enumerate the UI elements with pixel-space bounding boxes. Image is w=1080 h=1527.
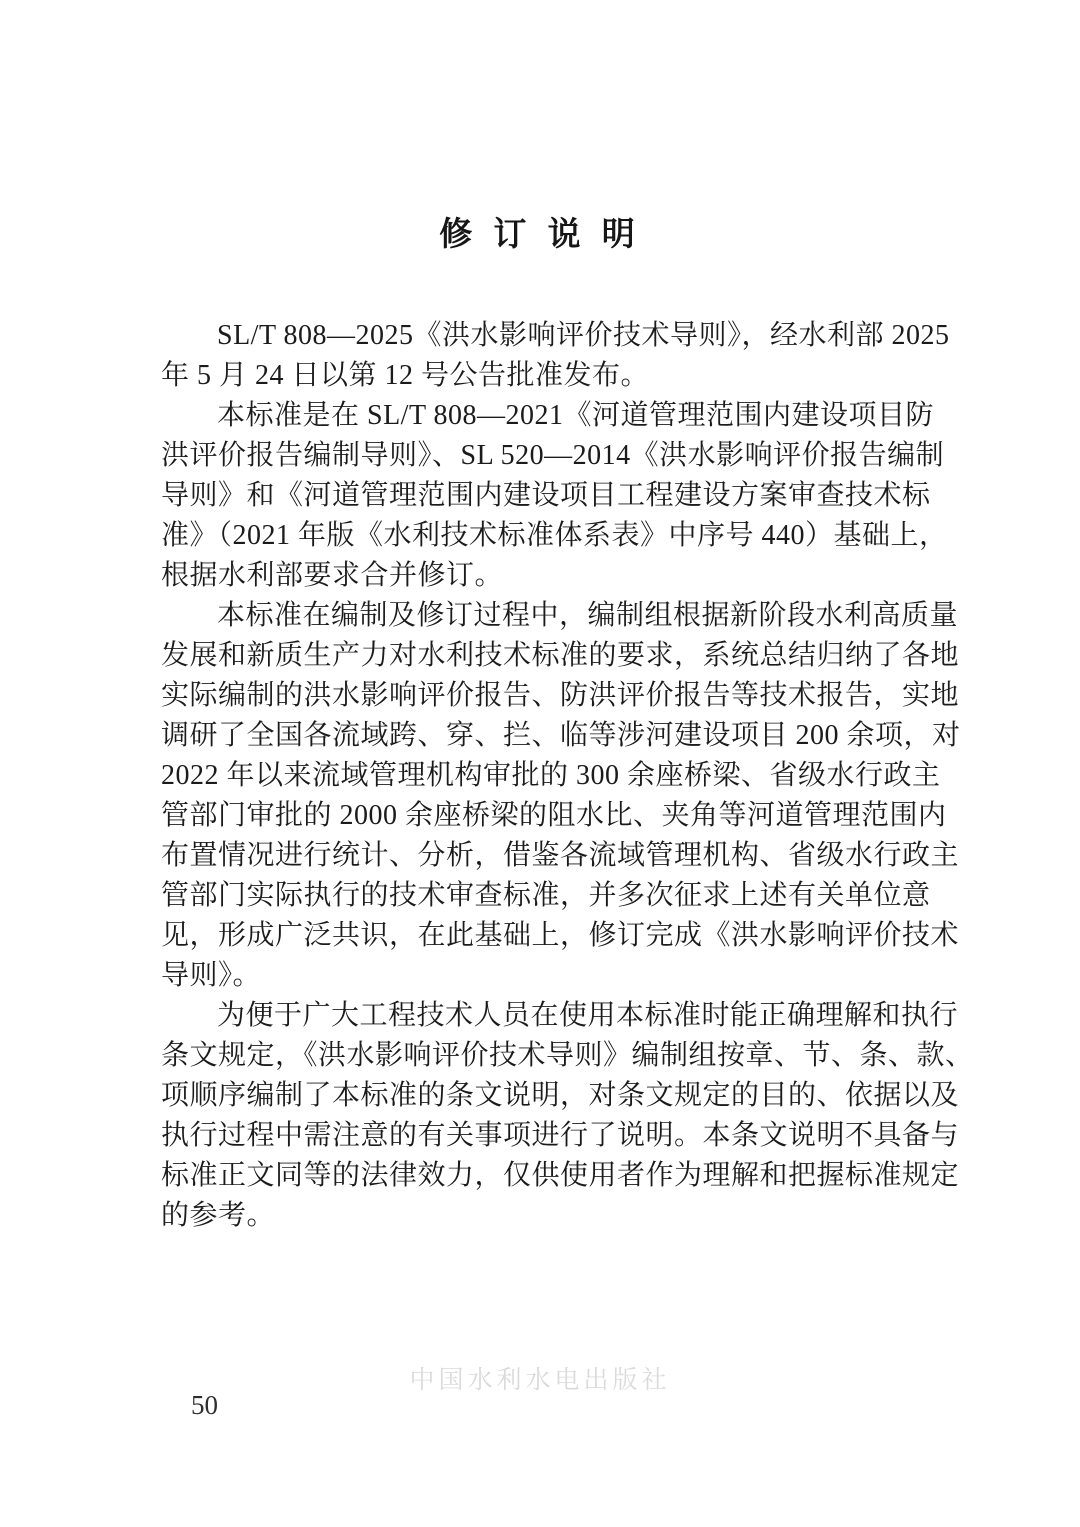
text-line: 本标准是在 SL/T 808—2021《河道管理范围内建设项目防	[161, 396, 919, 436]
paragraph: 本标准是在 SL/T 808—2021《河道管理范围内建设项目防 洪评价报告编制…	[161, 396, 919, 596]
text-line: 本标准在编制及修订过程中，编制组根据新阶段水利高质量	[161, 596, 919, 636]
page-number: 50	[191, 1390, 218, 1421]
text-line: SL/T 808—2025《洪水影响评价技术导则》，经水利部 2025	[161, 316, 919, 356]
text-line: 条文规定，《洪水影响评价技术导则》编制组按章、节、条、款、	[161, 1036, 919, 1076]
text-line: 布置情况进行统计、分析，借鉴各流域管理机构、省级水行政主	[161, 836, 919, 876]
publisher-watermark: 中国水利水电出版社	[0, 1360, 1080, 1396]
text-line: 标准正文同等的法律效力，仅供使用者作为理解和把握标准规定	[161, 1156, 919, 1196]
document-page: 修 订 说 明 SL/T 808—2025《洪水影响评价技术导则》，经水利部 2…	[0, 0, 1080, 1527]
paragraph: SL/T 808—2025《洪水影响评价技术导则》，经水利部 2025 年 5 …	[161, 316, 919, 396]
text-line: 2022 年以来流域管理机构审批的 300 余座桥梁、省级水行政主	[161, 756, 919, 796]
text-line: 见，形成广泛共识，在此基础上，修订完成《洪水影响评价技术	[161, 916, 919, 956]
text-line: 的参考。	[161, 1196, 919, 1236]
text-line: 执行过程中需注意的有关事项进行了说明。本条文说明不具备与	[161, 1116, 919, 1156]
text-line: 实际编制的洪水影响评价报告、防洪评价报告等技术报告，实地	[161, 676, 919, 716]
text-line: 根据水利部要求合并修订。	[161, 556, 919, 596]
body-text: SL/T 808—2025《洪水影响评价技术导则》，经水利部 2025 年 5 …	[161, 316, 919, 1236]
text-line: 为便于广大工程技术人员在使用本标准时能正确理解和执行	[161, 996, 919, 1036]
paragraph: 为便于广大工程技术人员在使用本标准时能正确理解和执行 条文规定，《洪水影响评价技…	[161, 996, 919, 1236]
text-line: 年 5 月 24 日以第 12 号公告批准发布。	[161, 356, 919, 396]
text-line: 发展和新质生产力对水利技术标准的要求，系统总结归纳了各地	[161, 636, 919, 676]
text-line: 导则》。	[161, 956, 919, 996]
text-line: 洪评价报告编制导则》、SL 520—2014《洪水影响评价报告编制	[161, 436, 919, 476]
text-line: 管部门实际执行的技术审查标准，并多次征求上述有关单位意	[161, 876, 919, 916]
text-line: 调研了全国各流域跨、穿、拦、临等涉河建设项目 200 余项，对	[161, 716, 919, 756]
text-line: 准》（2021 年版《水利技术标准体系表》中序号 440）基础上，	[161, 516, 919, 556]
text-line: 项顺序编制了本标准的条文说明，对条文规定的目的、依据以及	[161, 1076, 919, 1116]
page-title: 修 订 说 明	[0, 208, 1080, 255]
text-line: 管部门审批的 2000 余座桥梁的阻水比、夹角等河道管理范围内	[161, 796, 919, 836]
text-line: 导则》和《河道管理范围内建设项目工程建设方案审查技术标	[161, 476, 919, 516]
paragraph: 本标准在编制及修订过程中，编制组根据新阶段水利高质量 发展和新质生产力对水利技术…	[161, 596, 919, 996]
